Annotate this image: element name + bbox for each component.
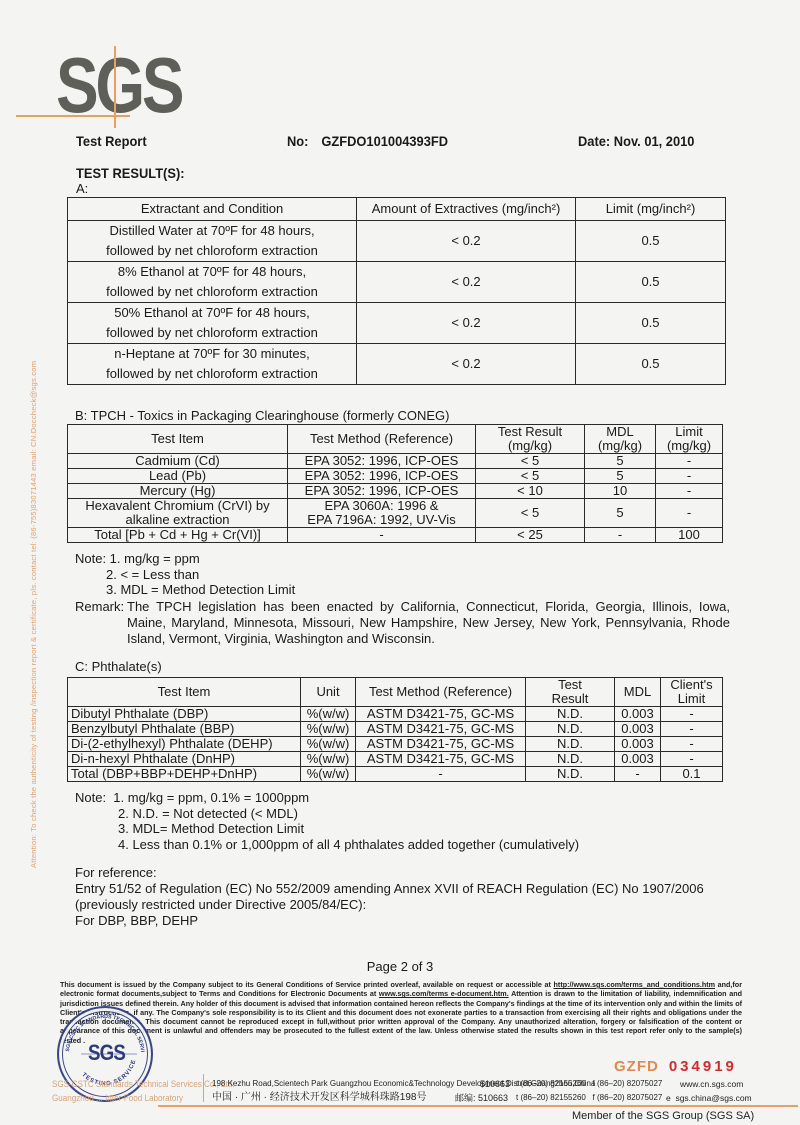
method-cell: ASTM D3421-75, GC-MS (356, 737, 526, 752)
item-cell: Mercury (Hg) (68, 484, 288, 499)
section-a-label: A: (76, 181, 88, 196)
limit-cell: - (656, 454, 723, 469)
limit-cell: - (661, 707, 723, 722)
column-header: Amount of Extractives (mg/inch²) (357, 198, 576, 221)
terms-link[interactable]: http://www.sgs.com/terms_and_conditions.… (554, 980, 715, 989)
item-cell: Total [Pb + Cd + Hg + Cr(VI)] (68, 528, 288, 543)
item-cell: Lead (Pb) (68, 469, 288, 484)
postal-code-cn: 邮编: 510663 (455, 1091, 508, 1105)
note-line: Note: 1. mg/kg = ppm, 0.1% = 1000ppm (75, 790, 579, 806)
amount-cell: < 0.2 (357, 221, 576, 262)
column-header: Extractant and Condition (68, 198, 357, 221)
results-heading: TEST RESULT(S): (76, 165, 185, 181)
limit-cell: - (661, 737, 723, 752)
sgs-logo: SGS (56, 46, 181, 124)
result-cell: N.D. (526, 752, 615, 767)
serial-number: GZFD034919 (614, 1058, 737, 1075)
note-line: 3. MDL = Method Detection Limit (75, 582, 295, 598)
mdl-cell: 10 (585, 484, 656, 499)
remark-text: The TPCH legislation has been enacted by… (127, 599, 730, 647)
contact-web: www.cn.sgs.com e sgs.china@sgs.com (666, 1077, 752, 1105)
table-row: Mercury (Hg) EPA 3052: 1996, ICP-OES < 1… (68, 484, 723, 499)
website-link[interactable]: www.cn.sgs.com (666, 1077, 752, 1091)
result-cell: < 25 (476, 528, 585, 543)
mdl-cell: 0.003 (615, 737, 661, 752)
mdl-cell: 0.003 (615, 752, 661, 767)
column-header: TestResult (526, 678, 615, 707)
table-row: Dibutyl Phthalate (DBP) %(w/w) ASTM D342… (68, 707, 723, 722)
footer-rule (158, 1105, 798, 1107)
column-header: Limit (mg/inch²) (576, 198, 726, 221)
condition-cell: Distilled Water at 70ºF for 48 hours,fol… (68, 221, 357, 262)
column-header: MDL (615, 678, 661, 707)
table-row: Di-(2-ethylhexyl) Phthalate (DEHP) %(w/w… (68, 737, 723, 752)
company-name: SGS-CSTC Standards Technical Services Co… (52, 1078, 235, 1106)
mdl-cell: 5 (585, 469, 656, 484)
column-header: Test Item (68, 425, 288, 454)
method-cell: EPA 3060A: 1996 &EPA 7196A: 1992, UV-Vis (288, 499, 476, 528)
page-number: Page 2 of 3 (0, 959, 800, 974)
condition-cell: 50% Ethanol at 70ºF for 48 hours,followe… (68, 303, 357, 344)
item-cell: Dibutyl Phthalate (DBP) (68, 707, 301, 722)
tpch-table: Test Item Test Method (Reference) Test R… (67, 424, 723, 543)
table-row: Cadmium (Cd) EPA 3052: 1996, ICP-OES < 5… (68, 454, 723, 469)
limit-cell: 0.5 (576, 344, 726, 385)
reference-line: Entry 51/52 of Regulation (EC) No 552/20… (75, 881, 704, 897)
amount-cell: < 0.2 (357, 303, 576, 344)
phone-fax: t (86–20) 82155260 f (86–20) 82075027 t … (516, 1077, 662, 1105)
phthalates-table: Test Item Unit Test Method (Reference) T… (67, 677, 723, 782)
disclaimer: This document is issued by the Company s… (60, 980, 742, 1045)
report-number-value: GZFDO101004393FD (321, 133, 448, 149)
email-link[interactable]: e sgs.china@sgs.com (666, 1091, 752, 1105)
unit-cell: %(w/w) (301, 707, 356, 722)
mdl-cell: 5 (585, 454, 656, 469)
mdl-cell: - (585, 528, 656, 543)
limit-cell: - (656, 499, 723, 528)
e-document-terms-link[interactable]: www.sgs.com/terms e-document.htm. (379, 989, 509, 998)
mdl-cell: 5 (585, 499, 656, 528)
unit-cell: %(w/w) (301, 737, 356, 752)
method-cell: EPA 3052: 1996, ICP-OES (288, 469, 476, 484)
limit-cell: 0.5 (576, 221, 726, 262)
table-row-total: Total [Pb + Cd + Hg + Cr(VI)] - < 25 - 1… (68, 528, 723, 543)
extractives-table: Extractant and Condition Amount of Extra… (67, 197, 726, 385)
item-cell: Benzylbutyl Phthalate (BBP) (68, 722, 301, 737)
table-row: Hexavalent Chromium (CrVI) byalkaline ex… (68, 499, 723, 528)
table-row: Distilled Water at 70ºF for 48 hours,fol… (68, 221, 726, 262)
logo-underline (16, 115, 130, 117)
limit-cell: 0.1 (661, 767, 723, 782)
column-header: Test Method (Reference) (356, 678, 526, 707)
section-c-notes: Note: 1. mg/kg = ppm, 0.1% = 1000ppm 2. … (75, 790, 579, 852)
stamp-logo: SGS (88, 1040, 125, 1066)
method-cell: - (288, 528, 476, 543)
condition-cell: n-Heptane at 70ºF for 30 minutes,followe… (68, 344, 357, 385)
postal-code: 510663 (478, 1077, 510, 1091)
item-cell: Di-n-hexyl Phthalate (DnHP) (68, 752, 301, 767)
limit-cell: - (656, 469, 723, 484)
limit-cell: - (656, 484, 723, 499)
table-row: Lead (Pb) EPA 3052: 1996, ICP-OES < 5 5 … (68, 469, 723, 484)
method-cell: ASTM D3421-75, GC-MS (356, 752, 526, 767)
section-b-label: B: TPCH - Toxics in Packaging Clearingho… (75, 408, 449, 423)
logo-vertical-line (114, 46, 116, 128)
amount-cell: < 0.2 (357, 344, 576, 385)
table-row: 50% Ethanol at 70ºF for 48 hours,followe… (68, 303, 726, 344)
column-header: Test Item (68, 678, 301, 707)
authenticity-watermark: Attention: To check the authenticity of … (29, 361, 38, 868)
note-line: 2. < = Less than (75, 567, 295, 583)
footer-separator (203, 1074, 204, 1102)
column-header: Client'sLimit (661, 678, 723, 707)
note-line: 3. MDL= Method Detection Limit (75, 821, 579, 837)
condition-cell: 8% Ethanol at 70ºF for 48 hours,followed… (68, 262, 357, 303)
remark: Remark: The TPCH legislation has been en… (75, 599, 730, 647)
table-header-row: Test Item Unit Test Method (Reference) T… (68, 678, 723, 707)
table-row: n-Heptane at 70ºF for 30 minutes,followe… (68, 344, 726, 385)
report-number-label: No: (287, 133, 308, 149)
table-header-row: Extractant and Condition Amount of Extra… (68, 198, 726, 221)
method-cell: EPA 3052: 1996, ICP-OES (288, 454, 476, 469)
reference-line: For DBP, BBP, DEHP (75, 913, 704, 929)
item-cell: Hexavalent Chromium (CrVI) byalkaline ex… (68, 499, 288, 528)
result-cell: < 5 (476, 499, 585, 528)
mdl-cell: 0.003 (615, 707, 661, 722)
unit-cell: %(w/w) (301, 722, 356, 737)
section-c-label: C: Phthalate(s) (75, 659, 162, 674)
method-cell: ASTM D3421-75, GC-MS (356, 707, 526, 722)
column-header: MDL(mg/kg) (585, 425, 656, 454)
result-cell: N.D. (526, 737, 615, 752)
unit-cell: %(w/w) (301, 752, 356, 767)
item-cell: Di-(2-ethylhexyl) Phthalate (DEHP) (68, 737, 301, 752)
result-cell: N.D. (526, 707, 615, 722)
reference-block: For reference: Entry 51/52 of Regulation… (75, 865, 704, 929)
report-number: No:GZFDO101004393FD (287, 133, 448, 149)
table-row: Di-n-hexyl Phthalate (DnHP) %(w/w) ASTM … (68, 752, 723, 767)
member-statement: Member of the SGS Group (SGS SA) (572, 1110, 754, 1122)
item-cell: Total (DBP+BBP+DEHP+DnHP) (68, 767, 301, 782)
item-cell: Cadmium (Cd) (68, 454, 288, 469)
reference-line: For reference: (75, 865, 704, 881)
result-cell: N.D. (526, 722, 615, 737)
report-title: Test Report (76, 133, 147, 149)
note-line: 2. N.D. = Not detected (< MDL) (75, 806, 579, 822)
limit-cell: 0.5 (576, 303, 726, 344)
note-line: Note: 1. mg/kg = ppm (75, 551, 295, 567)
result-cell: N.D. (526, 767, 615, 782)
column-header: Limit(mg/kg) (656, 425, 723, 454)
mdl-cell: 0.003 (615, 722, 661, 737)
amount-cell: < 0.2 (357, 262, 576, 303)
result-cell: < 5 (476, 454, 585, 469)
table-header-row: Test Item Test Method (Reference) Test R… (68, 425, 723, 454)
note-line: 4. Less than 0.1% or 1,000ppm of all 4 p… (75, 837, 579, 853)
result-cell: < 10 (476, 484, 585, 499)
section-b-notes: Note: 1. mg/kg = ppm 2. < = Less than 3.… (75, 551, 295, 598)
report-date: Date: Nov. 01, 2010 (578, 133, 694, 149)
limit-cell: 100 (656, 528, 723, 543)
table-row: Benzylbutyl Phthalate (BBP) %(w/w) ASTM … (68, 722, 723, 737)
reference-line: (previously restricted under Directive 2… (75, 897, 704, 913)
mdl-cell: - (615, 767, 661, 782)
result-cell: < 5 (476, 469, 585, 484)
method-cell: - (356, 767, 526, 782)
table-row-total: Total (DBP+BBP+DEHP+DnHP) %(w/w) - N.D. … (68, 767, 723, 782)
limit-cell: 0.5 (576, 262, 726, 303)
column-header: Test Result(mg/kg) (476, 425, 585, 454)
limit-cell: - (661, 752, 723, 767)
column-header: Unit (301, 678, 356, 707)
table-row: 8% Ethanol at 70ºF for 48 hours,followed… (68, 262, 726, 303)
unit-cell: %(w/w) (301, 767, 356, 782)
limit-cell: - (661, 722, 723, 737)
method-cell: ASTM D3421-75, GC-MS (356, 722, 526, 737)
column-header: Test Method (Reference) (288, 425, 476, 454)
method-cell: EPA 3052: 1996, ICP-OES (288, 484, 476, 499)
